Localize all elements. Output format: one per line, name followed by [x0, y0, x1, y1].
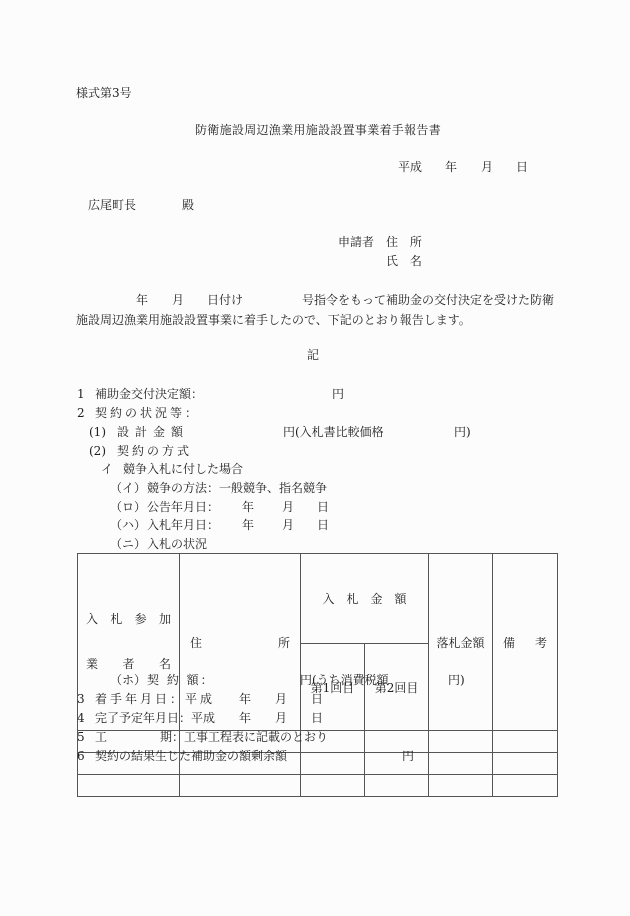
item-label: 競争入札に付した場合	[123, 462, 243, 476]
item-day: 日	[317, 518, 329, 532]
item-num: （ロ）	[110, 500, 146, 514]
item-unit: 円(入札書比較価格	[283, 425, 384, 439]
item-year: 年	[242, 500, 254, 514]
item-label: 契約の状況等：	[95, 406, 200, 420]
cell-winning-amount[interactable]	[429, 753, 493, 775]
body-year: 年	[136, 293, 148, 307]
item-label: 競争の方法：一般競争、指名競争	[147, 481, 327, 495]
body-line2: 施設周辺漁業用施設設置事業に着手したので、下記のとおり報告します。	[76, 313, 471, 327]
item-num: （イ）	[110, 481, 146, 495]
header-char: 入	[86, 612, 98, 627]
header-char: 参	[135, 612, 147, 627]
item-label: 契約の方式	[117, 444, 192, 458]
form-number: 様式第3号	[76, 86, 132, 100]
cell-participant[interactable]	[78, 775, 180, 797]
item-num: 6	[77, 749, 85, 763]
item-label: 着手年月日：平成	[95, 692, 215, 706]
header-char: 加	[159, 612, 171, 627]
body-month: 月	[172, 293, 184, 307]
item-unit: 円(うち消費税額	[300, 673, 389, 687]
cell-round-1[interactable]	[301, 775, 365, 797]
item-num: （ニ）	[110, 537, 146, 551]
applicant-name-label: 氏 名	[386, 254, 426, 268]
item-month: 月	[275, 711, 287, 725]
item-year: 年	[239, 692, 251, 706]
item-label: 契約の結果生じた補助金の額剰余額	[95, 749, 287, 763]
header-remarks: 備 考	[493, 554, 558, 731]
item-day: 日	[311, 692, 323, 706]
item-unit: 円	[402, 749, 414, 763]
cell-round-2[interactable]	[365, 731, 429, 753]
item-month: 月	[282, 518, 294, 532]
cell-address[interactable]	[180, 775, 301, 797]
cell-winning-amount[interactable]	[429, 775, 493, 797]
cell-remarks[interactable]	[493, 731, 558, 753]
header-char: 者	[122, 657, 134, 672]
item-unit-close: 円)	[454, 425, 471, 439]
ki-heading: 記	[307, 348, 319, 362]
header-bid-amount: 入 札 金 額	[301, 554, 429, 644]
item-month: 月	[275, 692, 287, 706]
cell-winning-amount[interactable]	[429, 731, 493, 753]
addressee-name: 広尾町長	[88, 198, 136, 212]
applicant-address-label: 住 所	[386, 235, 426, 249]
item-label: 完了予定年月日：平成	[95, 711, 215, 725]
cell-round-2[interactable]	[365, 753, 429, 775]
item-num: (1)	[89, 425, 106, 439]
item-num: 1	[77, 387, 85, 401]
table-row	[78, 775, 558, 797]
item-unit: 円	[332, 387, 344, 401]
header-winning-amount: 落札金額	[429, 554, 493, 731]
item-num: イ	[101, 462, 113, 476]
item-label: 入札の状況	[147, 537, 207, 551]
item-day: 日	[317, 500, 329, 514]
header-char: 備	[503, 634, 515, 651]
item-num: （ハ）	[110, 518, 146, 532]
item-label: 設計金額	[117, 425, 189, 439]
item-num: 4	[77, 711, 85, 725]
item-year: 年	[242, 518, 254, 532]
item-num: 2	[77, 406, 85, 420]
item-label: 補助金交付決定額：	[95, 387, 203, 401]
cell-round-1[interactable]	[301, 753, 365, 775]
body-day: 日付け	[207, 293, 243, 307]
item-label: 工	[95, 730, 107, 744]
header-char: 札	[110, 612, 122, 627]
addressee-honorific: 殿	[182, 198, 194, 212]
date-day: 日	[516, 160, 528, 174]
document-title: 防衛施設周辺漁業用施設設置事業着手報告書	[195, 123, 441, 137]
header-char: 所	[278, 634, 290, 651]
item-day: 日	[311, 711, 323, 725]
cell-remarks[interactable]	[493, 753, 558, 775]
date-era: 平成	[398, 160, 422, 174]
body-line1-rest: 号指令をもって補助金の交付決定を受けた防衛	[302, 293, 554, 307]
item-month: 月	[282, 500, 294, 514]
date-year: 年	[445, 160, 457, 174]
item-num: （ホ）	[110, 673, 146, 687]
item-label: 入札年月日：	[147, 518, 219, 532]
item-num: 3	[77, 692, 85, 706]
applicant-label: 申請者	[338, 235, 374, 249]
item-unit-close: 円)	[448, 673, 465, 687]
header-char: 考	[535, 634, 547, 651]
cell-round-2[interactable]	[365, 775, 429, 797]
item-label: 公告年月日：	[147, 500, 219, 514]
header-char: 業	[86, 657, 98, 672]
item-year: 年	[239, 711, 251, 725]
table-header-row: 入 札 参 加 業 者 名 住 所 入 札	[78, 554, 558, 644]
cell-remarks[interactable]	[493, 775, 558, 797]
header-char: 住	[190, 634, 202, 651]
header-char: 名	[159, 657, 171, 672]
date-month: 月	[481, 160, 493, 174]
item-label: 契 約 額：	[147, 673, 215, 687]
item-label-rest: 期：工事工程表に記載のとおり	[160, 730, 328, 744]
item-num: (2)	[89, 444, 106, 458]
item-num: 5	[77, 730, 85, 744]
header-round-2: 第2回目	[365, 644, 429, 731]
